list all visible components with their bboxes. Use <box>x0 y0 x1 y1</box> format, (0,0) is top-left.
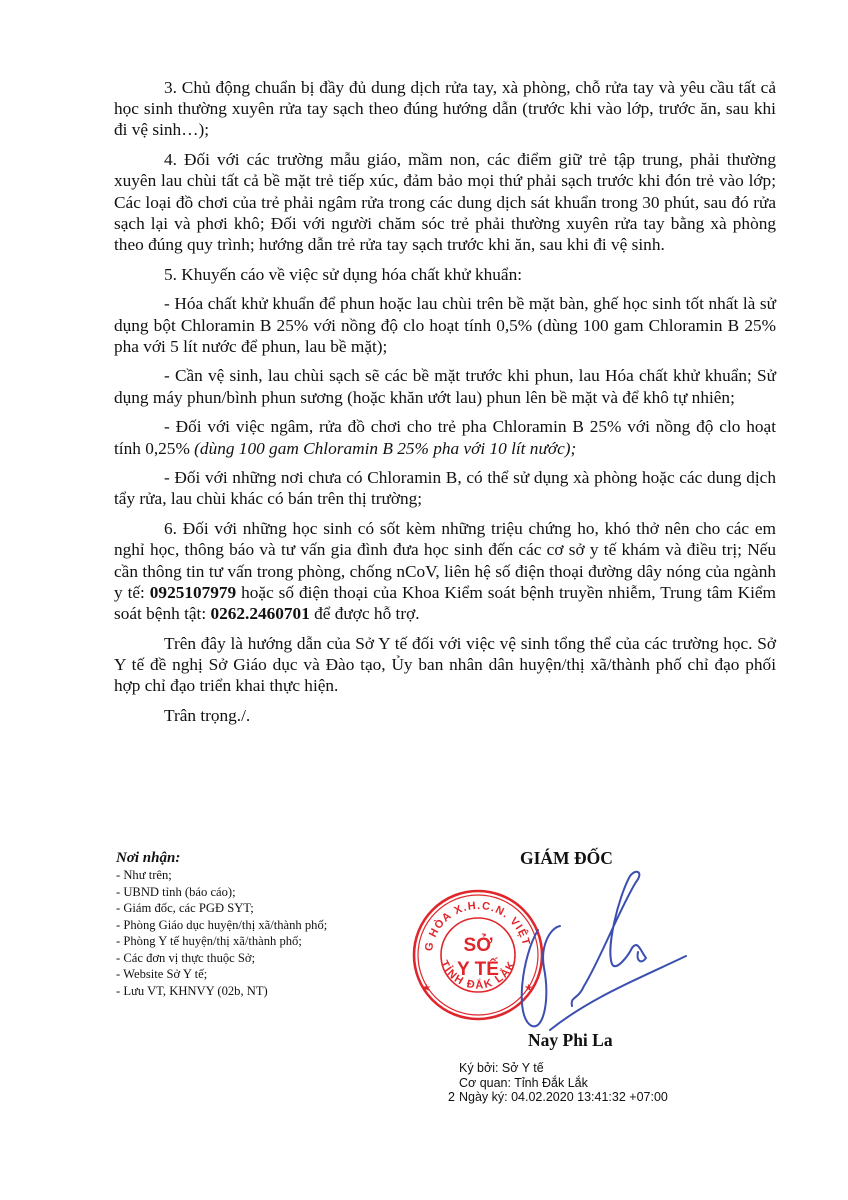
paragraph-item4: 4. Đối với các trường mẫu giáo, mầm non,… <box>114 149 776 255</box>
signing-date: Ngày ký: 04.02.2020 13:41:32 +07:00 <box>459 1090 668 1104</box>
paragraph-regards: Trân trọng./. <box>114 705 776 726</box>
signer-name: Nay Phi La <box>528 1030 613 1051</box>
paragraph-item5c: - Đối với việc ngâm, rửa đồ chơi cho trẻ… <box>114 416 776 458</box>
recipients-list: - Như trên;- UBND tỉnh (báo cáo);- Giám … <box>116 867 396 999</box>
digital-signature-info: Ký bởi: Sở Y tế Cơ quan: Tỉnh Đắk Lắk 2N… <box>448 1061 668 1105</box>
star-icon: ★ <box>422 983 431 994</box>
paragraph-item6: 6. Đối với những học sinh có sốt kèm nhữ… <box>114 518 776 624</box>
recipient-item: - Website Sở Y tế; <box>116 966 396 983</box>
paragraph-item5d: - Đối với những nơi chưa có Chloramin B,… <box>114 467 776 509</box>
signed-by: Ký bởi: Sở Y tế <box>459 1061 544 1075</box>
recipient-item: - Như trên; <box>116 867 396 884</box>
stamp-center-line2: Y TẾ <box>457 958 499 980</box>
paragraph-item5: 5. Khuyến cáo về việc sử dụng hóa chất k… <box>114 264 776 285</box>
paragraph-item5b: - Cần vệ sinh, lau chùi sạch sẽ các bề m… <box>114 365 776 407</box>
document-body: 3. Chủ động chuẩn bị đầy đủ dung dịch rử… <box>114 77 776 734</box>
handwritten-signature <box>520 868 690 1038</box>
recipient-item: - Giám đốc, các PGĐ SYT; <box>116 900 396 917</box>
recipient-item: - Các đơn vị thực thuộc Sở; <box>116 950 396 967</box>
paragraph-item5a: - Hóa chất khử khuẩn để phun hoặc lau ch… <box>114 293 776 357</box>
paragraph-closing: Trên đây là hướng dẫn của Sở Y tế đối vớ… <box>114 633 776 697</box>
page-number: 2 <box>448 1090 459 1105</box>
paragraph-item3: 3. Chủ động chuẩn bị đầy đủ dung dịch rử… <box>114 77 776 141</box>
recipient-item: - Phòng Y tế huyện/thị xã/thành phố; <box>116 933 396 950</box>
recipient-item: - Lưu VT, KHNVY (02b, NT) <box>116 983 396 1000</box>
signing-agency: Cơ quan: Tỉnh Đắk Lắk <box>459 1076 588 1090</box>
stamp-center-line1: SỞ <box>464 934 494 956</box>
recipients-title: Nơi nhận: <box>116 849 396 867</box>
recipient-item: - Phòng Giáo dục huyện/thị xã/thành phố; <box>116 917 396 934</box>
recipient-item: - UBND tỉnh (báo cáo); <box>116 884 396 901</box>
signer-title: GIÁM ĐỐC <box>520 848 613 869</box>
recipients-block: Nơi nhận: - Như trên;- UBND tỉnh (báo cá… <box>116 849 396 999</box>
